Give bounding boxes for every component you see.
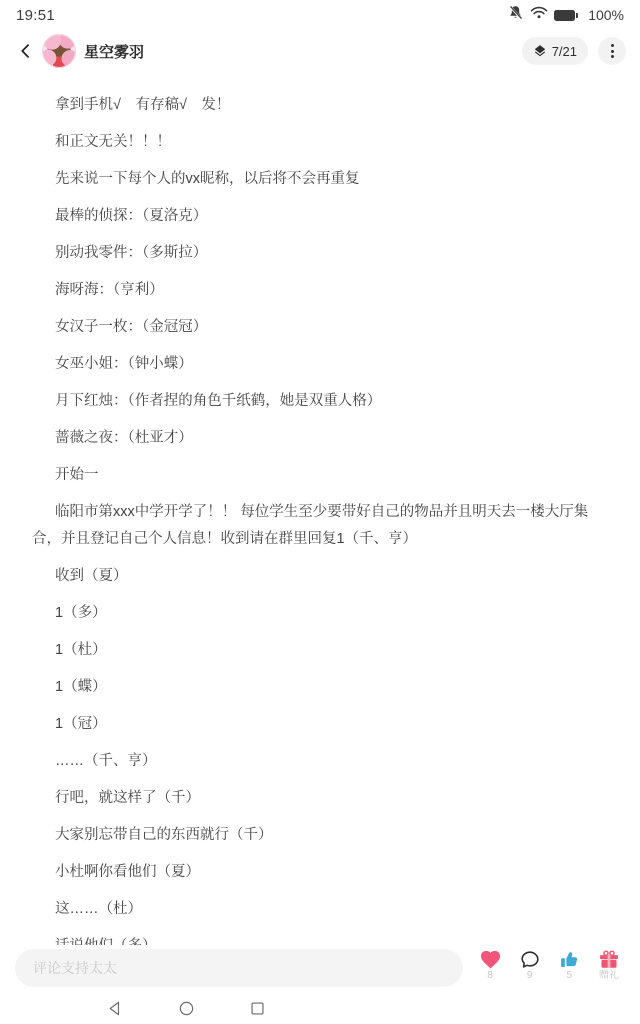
comment-button[interactable]: 9 xyxy=(513,949,547,981)
action-buttons: 8 9 5 xyxy=(463,949,630,981)
chapter-paragraph: 女汉子一枚：（金冠冠） xyxy=(32,314,608,341)
upvote-count: 5 xyxy=(567,971,573,981)
comment-input[interactable] xyxy=(15,949,463,987)
author-avatar[interactable] xyxy=(42,34,76,68)
nav-home-icon[interactable] xyxy=(178,1000,195,1022)
battery-icon xyxy=(554,10,578,21)
status-icons: 100% xyxy=(507,4,624,26)
chapter-paragraph: 月下红烛：（作者捏的角色千纸鹤，她是双重人格） xyxy=(32,388,608,415)
chapter-progress-button[interactable]: 7/21 xyxy=(522,37,588,65)
battery-percent: 100% xyxy=(588,7,624,23)
wifi-icon xyxy=(530,5,548,25)
chapter-paragraph: ……（千、亨） xyxy=(32,748,608,775)
heart-icon xyxy=(479,949,502,970)
author-name[interactable]: 星空雾羽 xyxy=(84,41,144,62)
gift-label: 赠礼 xyxy=(599,971,619,981)
comment-count: 9 xyxy=(527,971,533,981)
nav-back-icon[interactable] xyxy=(107,1000,124,1022)
reader-header: 星空雾羽 7/21 xyxy=(0,30,640,72)
chapter-body: 拿到手机√ 有存稿√ 发！和正文无关！！！先来说一下每个人的vx昵称，以后将不会… xyxy=(0,72,640,1024)
notifications-muted-icon xyxy=(507,4,524,26)
chapter-paragraph: 1（冠） xyxy=(32,711,608,738)
gift-button[interactable]: 赠礼 xyxy=(592,949,626,981)
chapter-paragraph: 1（蝶） xyxy=(32,674,608,701)
chapter-paragraph: 大家别忘带自己的东西就行（千） xyxy=(32,822,608,849)
chapter-paragraph: 别动我零件：（多斯拉） xyxy=(32,240,608,267)
gift-icon xyxy=(598,949,620,970)
thumb-up-icon xyxy=(558,949,580,970)
chapter-paragraph: 小杜啊你看他们（夏） xyxy=(32,859,608,886)
chapter-progress-label: 7/21 xyxy=(552,44,577,59)
chapters-icon xyxy=(533,44,547,58)
chapter-paragraph: 收到（夏） xyxy=(32,563,608,590)
chapter-paragraph: 蔷薇之夜：（杜亚才） xyxy=(32,425,608,452)
like-count: 8 xyxy=(487,971,493,981)
chapter-paragraph: 1（多） xyxy=(32,600,608,627)
chapter-paragraph: 海呀海：（亨利） xyxy=(32,277,608,304)
chapter-paragraph: 最棒的侦探：（夏洛克） xyxy=(32,203,608,230)
chapter-paragraph: 和正文无关！！！ xyxy=(32,129,608,156)
upvote-button[interactable]: 5 xyxy=(552,949,586,981)
android-nav-bar xyxy=(0,995,640,1024)
chapter-paragraph: 1（杜） xyxy=(32,637,608,664)
reader-screen: 19:51 100% xyxy=(0,0,640,1024)
like-button[interactable]: 8 xyxy=(473,949,507,981)
chapter-paragraph: 女巫小姐：（钟小蝶） xyxy=(32,351,608,378)
nav-recents-icon[interactable] xyxy=(249,1000,266,1022)
more-menu-button[interactable] xyxy=(598,37,626,65)
comment-bubble-icon xyxy=(519,949,541,970)
bottom-action-bar: 8 9 5 xyxy=(0,945,640,995)
chapter-paragraph: 这……（杜） xyxy=(32,896,608,923)
status-bar: 19:51 100% xyxy=(0,0,640,30)
chapter-paragraph: 先来说一下每个人的vx昵称，以后将不会再重复 xyxy=(32,166,608,193)
clock: 19:51 xyxy=(16,7,55,24)
chapter-paragraph: 临阳市第xxx中学开学了！！ 每位学生至少要带好自己的物品并且明天去一楼大厅集合… xyxy=(32,499,608,553)
back-button[interactable] xyxy=(14,39,38,63)
chapter-paragraph: 拿到手机√ 有存稿√ 发！ xyxy=(32,92,608,119)
chapter-paragraph: 开始一 xyxy=(32,462,608,489)
chapter-paragraph: 行吧，就这样了（千） xyxy=(32,785,608,812)
